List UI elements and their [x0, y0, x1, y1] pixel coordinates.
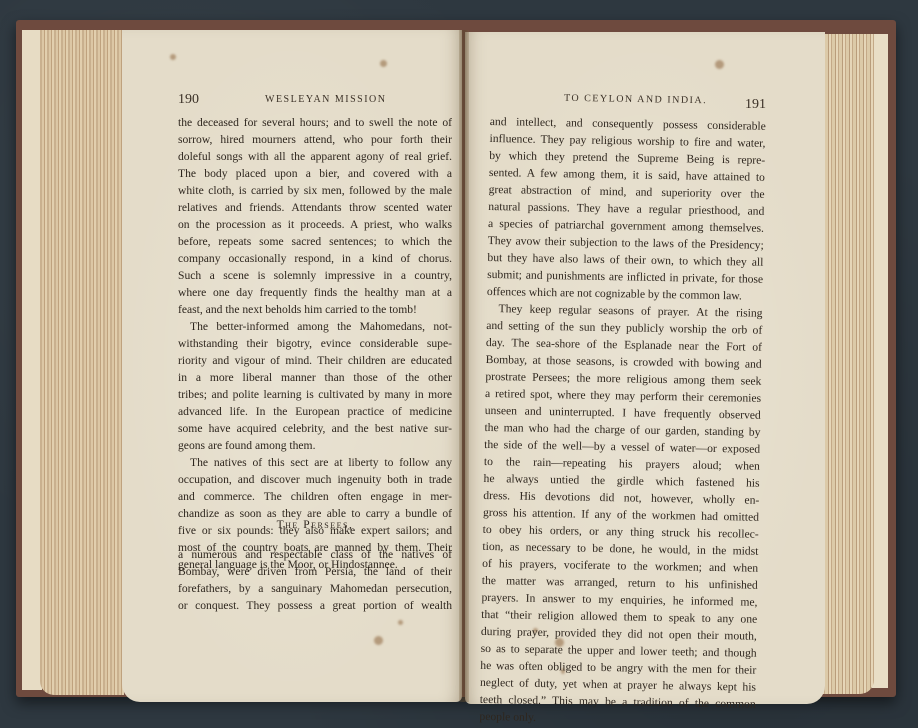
section-heading: The Persees, [178, 519, 452, 531]
text-line: some have acquired celebrity, and the be… [178, 420, 452, 437]
text-line: geons are found among them. [178, 437, 452, 454]
page-number-right: 191 [745, 97, 766, 113]
text-line: in a more liberal manner than those of t… [178, 369, 452, 386]
left-page-body: the deceased for several hours; and to s… [178, 114, 452, 573]
right-endpaper [872, 34, 888, 688]
text-line: The body placed upon a bier, and covered… [178, 165, 452, 182]
text-line: advanced life. In the European practice … [178, 403, 452, 420]
left-endpaper [22, 30, 42, 690]
foxing-spot [715, 60, 724, 69]
book-gutter [459, 30, 469, 702]
text-line: Such a scene is solemnly impressive in a… [178, 267, 452, 284]
text-line: and commerce. The children often engage … [178, 488, 452, 505]
text-line: tribes; and polite learning is cultivate… [178, 386, 452, 403]
foxing-spot [380, 60, 387, 67]
text-line: Bombay, were driven from Persia, the lan… [178, 563, 452, 580]
text-line: on the procession as it proceeds. A prie… [178, 216, 452, 233]
text-line: feast, and the next beholds him carried … [178, 301, 452, 318]
text-line: The better-informed among the Mahomedans… [178, 318, 452, 335]
text-line: The natives of this sect are at liberty … [178, 454, 452, 471]
text-line: riority and vigour of mind. Their childr… [178, 352, 452, 369]
text-line: doleful songs with all the apparent agon… [178, 148, 452, 165]
foxing-spot [398, 620, 403, 625]
text-line: sorrow, hired mourners attend, who pour … [178, 131, 452, 148]
text-line: forefathers, by a sanguinary Mahomedan p… [178, 580, 452, 597]
right-page-body: and intellect, and consequently possess … [479, 113, 766, 728]
text-line: a numerous and respectable class of the … [178, 546, 452, 563]
text-line: relatives and friends. Attendants throw … [178, 199, 452, 216]
foxing-spot [374, 636, 383, 645]
text-line: the deceased for several hours; and to s… [178, 114, 452, 131]
page-number-left: 190 [178, 92, 199, 108]
text-line: occupation, and discover much ingenuity … [178, 471, 452, 488]
foxing-spot [170, 54, 176, 60]
text-line: company occasionally respond, in a kind … [178, 250, 452, 267]
text-line: where one day frequently finds the healt… [178, 284, 452, 301]
running-header-left: WESLEYAN MISSION [265, 94, 387, 105]
right-page-edges [822, 34, 874, 694]
text-line: or conquest. They possess a great portio… [178, 597, 452, 614]
text-line: withstanding their bigotry, evince consi… [178, 335, 452, 352]
left-page-body-continued: a numerous and respectable class of the … [178, 546, 452, 614]
text-line: before, repeats some sacred sentences; t… [178, 233, 452, 250]
left-page-edges [40, 30, 124, 695]
text-line: white cloth, is carried by six men, foll… [178, 182, 452, 199]
